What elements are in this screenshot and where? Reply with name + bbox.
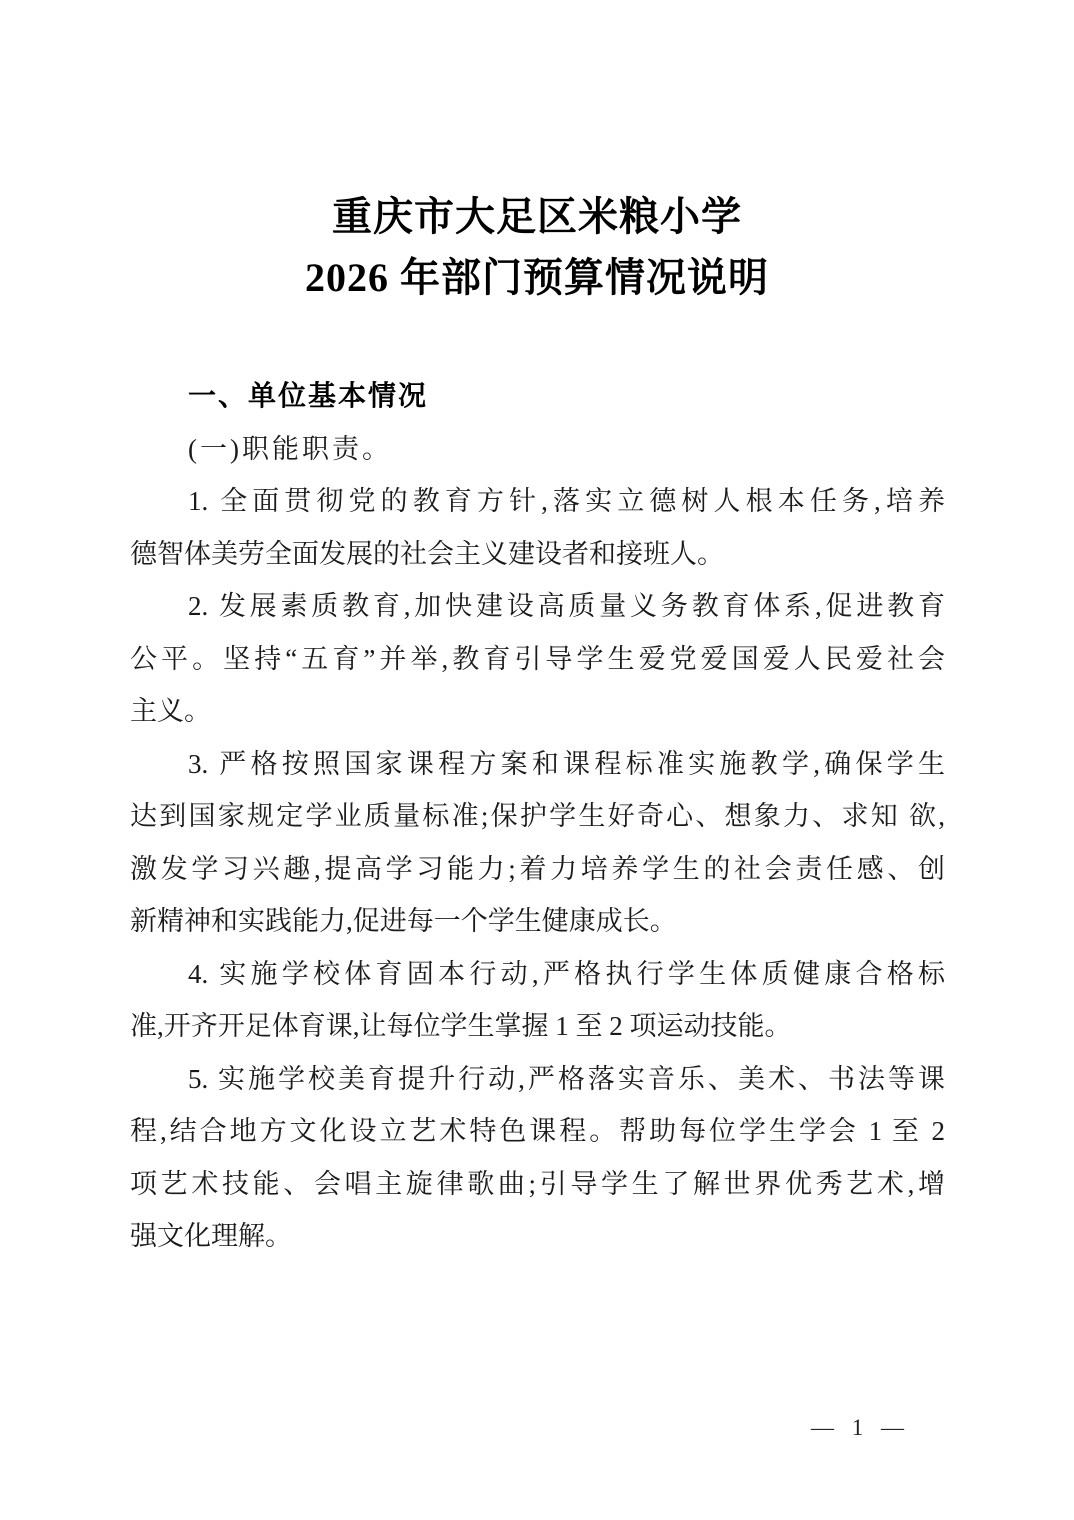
sub-heading: (一)职能职责。 bbox=[130, 423, 945, 476]
document-body: 一、单位基本情况 (一)职能职责。 1. 全面贯彻党的教育方针,落实立德树人根本… bbox=[130, 370, 945, 1263]
paragraph-line: 5. 实施学校美育提升行动,严格落实音乐、美术、书法等课 bbox=[130, 1053, 945, 1106]
section-heading: 一、单位基本情况 bbox=[130, 370, 945, 423]
paragraph-line: 公平。坚持“五育”并举,教育引导学生爱党爱国爱人民爱社会 bbox=[130, 633, 945, 686]
title-line-1: 重庆市大足区米粮小学 bbox=[0, 186, 1074, 247]
title-line-2: 2026 年部门预算情况说明 bbox=[0, 247, 1074, 308]
paragraph-line: 项艺术技能、会唱主旋律歌曲;引导学生了解世界优秀艺术,增 bbox=[130, 1158, 945, 1211]
paragraph-line: 1. 全面贯彻党的教育方针,落实立德树人根本任务,培养 bbox=[130, 475, 945, 528]
document-page: 重庆市大足区米粮小学 2026 年部门预算情况说明 一、单位基本情况 (一)职能… bbox=[0, 0, 1074, 1520]
paragraphs: 1. 全面贯彻党的教育方针,落实立德树人根本任务,培养德智体美劳全面发展的社会主… bbox=[130, 475, 945, 1263]
paragraph-line: 准,开齐开足体育课,让每位学生掌握 1 至 2 项运动技能。 bbox=[130, 1000, 945, 1053]
paragraph-line: 德智体美劳全面发展的社会主义建设者和接班人。 bbox=[130, 528, 945, 581]
paragraph-line: 达到国家规定学业质量标准;保护学生好奇心、想象力、求知 欲, bbox=[130, 790, 945, 843]
paragraph-line: 强文化理解。 bbox=[130, 1210, 945, 1263]
document-title: 重庆市大足区米粮小学 2026 年部门预算情况说明 bbox=[0, 0, 1074, 308]
paragraph-line: 程,结合地方文化设立艺术特色课程。帮助每位学生学会 1 至 2 bbox=[130, 1105, 945, 1158]
paragraph-line: 2. 发展素质教育,加快建设高质量义务教育体系,促进教育 bbox=[130, 580, 945, 633]
paragraph-line: 激发学习兴趣,提高学习能力;着力培养学生的社会责任感、创 bbox=[130, 843, 945, 896]
page-number: — 1 — bbox=[811, 1414, 910, 1442]
paragraph-line: 4. 实施学校体育固本行动,严格执行学生体质健康合格标 bbox=[130, 948, 945, 1001]
paragraph-line: 新精神和实践能力,促进每一个学生健康成长。 bbox=[130, 895, 945, 948]
paragraph-line: 3. 严格按照国家课程方案和课程标准实施教学,确保学生 bbox=[130, 738, 945, 791]
paragraph-line: 主义。 bbox=[130, 685, 945, 738]
